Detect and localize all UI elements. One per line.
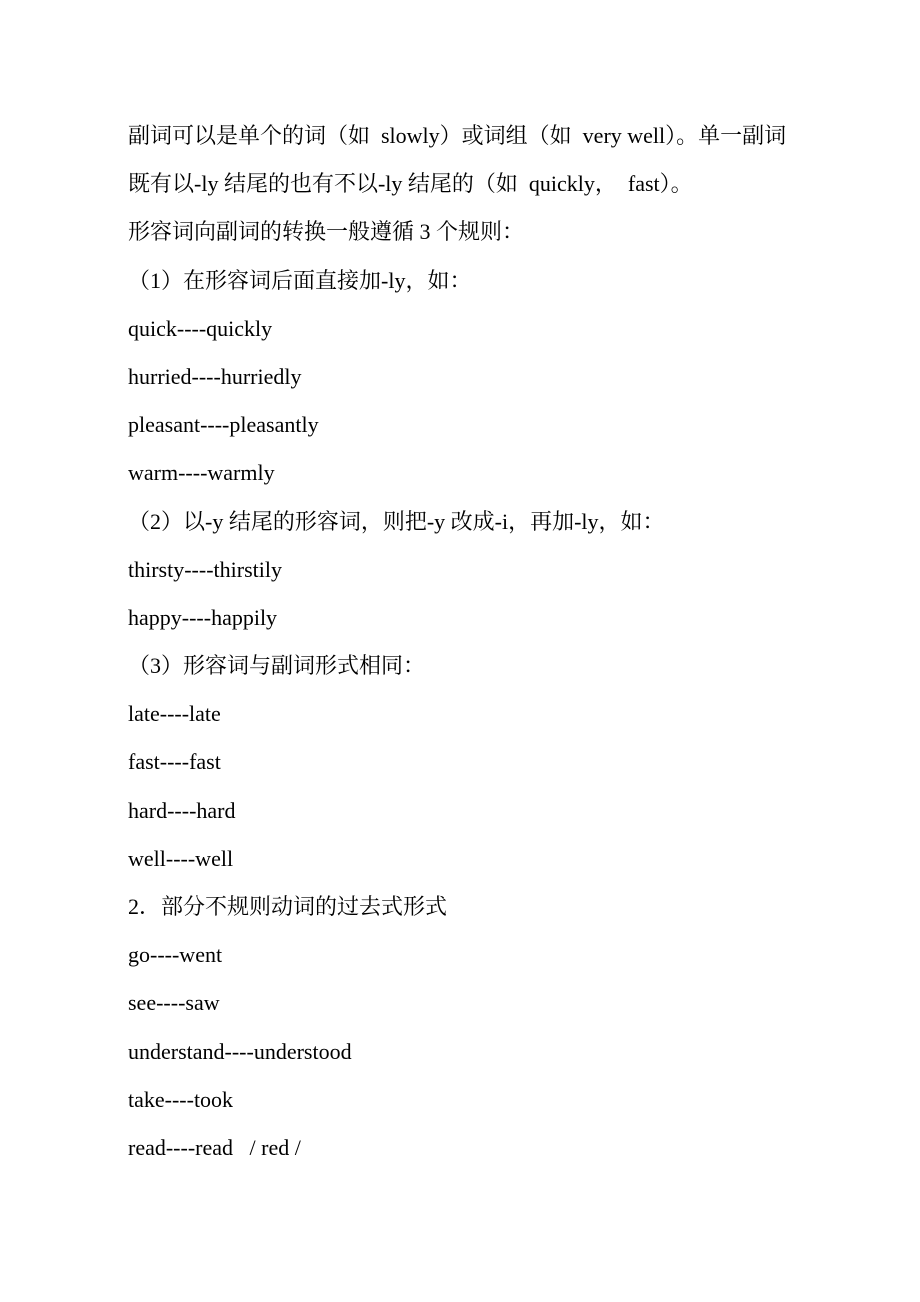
doc-line-example: pleasant----pleasantly — [128, 401, 810, 449]
doc-line-rule-2: （2）以-y 结尾的形容词，则把-y 改成-i，再加-ly，如： — [128, 498, 810, 546]
doc-line-example: read----read / red / — [128, 1124, 810, 1172]
doc-line-section-2-heading: 2．部分不规则动词的过去式形式 — [128, 883, 810, 931]
doc-line-example: hurried----hurriedly — [128, 353, 810, 401]
doc-line-example: thirsty----thirstily — [128, 546, 810, 594]
doc-line-example: fast----fast — [128, 738, 810, 786]
doc-line: 副词可以是单个的词（如 slowly）或词组（如 very well）。单一副词 — [128, 112, 810, 160]
doc-line-example: happy----happily — [128, 594, 810, 642]
doc-line-example: see----saw — [128, 979, 810, 1027]
doc-line: 形容词向副词的转换一般遵循 3 个规则： — [128, 208, 810, 256]
doc-line: 既有以-ly 结尾的也有不以-ly 结尾的（如 quickly， fast）。 — [128, 160, 810, 208]
doc-line-example: quick----quickly — [128, 305, 810, 353]
doc-line-example: warm----warmly — [128, 449, 810, 497]
doc-line-example: hard----hard — [128, 787, 810, 835]
doc-line-rule-1: （1）在形容词后面直接加-ly，如： — [128, 257, 810, 305]
doc-line-example: understand----understood — [128, 1028, 810, 1076]
doc-line-example: well----well — [128, 835, 810, 883]
doc-line-example: late----late — [128, 690, 810, 738]
doc-line-rule-3: （3）形容词与副词形式相同： — [128, 642, 810, 690]
doc-line-example: take----took — [128, 1076, 810, 1124]
document-page: 副词可以是单个的词（如 slowly）或词组（如 very well）。单一副词… — [0, 0, 920, 1302]
doc-line-example: go----went — [128, 931, 810, 979]
